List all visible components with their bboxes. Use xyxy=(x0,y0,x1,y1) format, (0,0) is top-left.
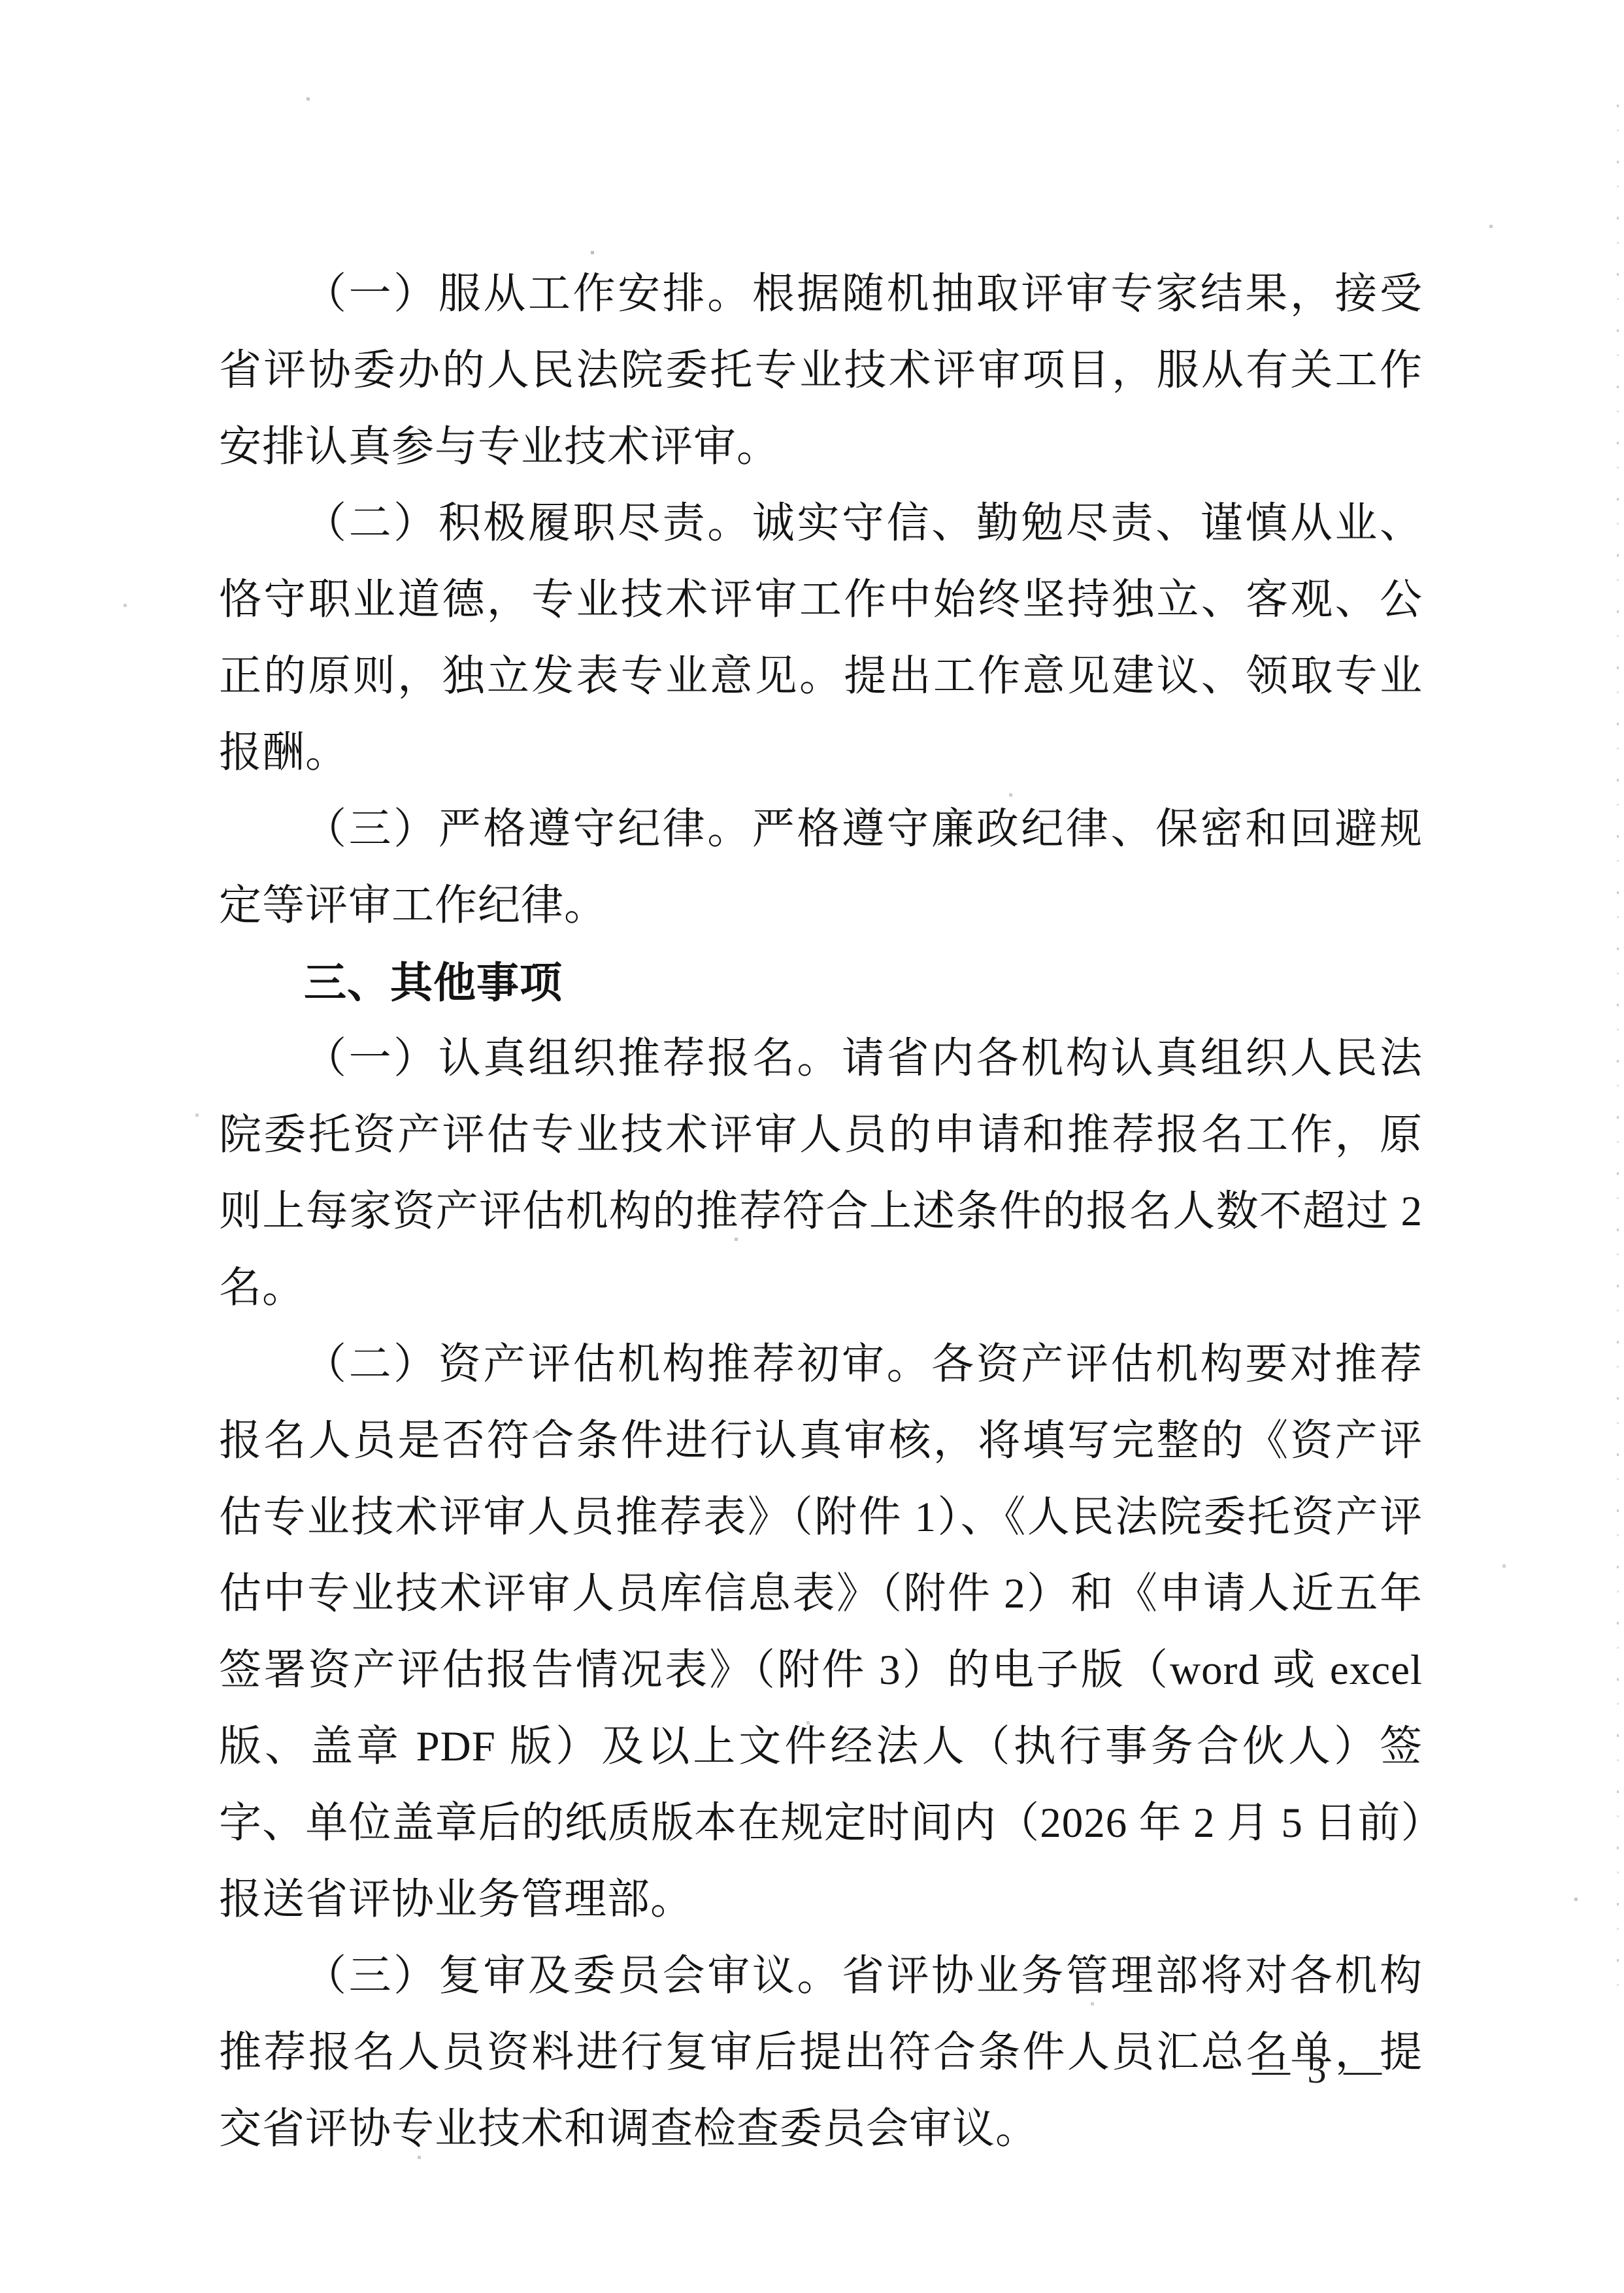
section-heading-other-matters: 三、其他事项 xyxy=(219,944,1423,1021)
scanned-document-page: （一）服从工作安排。根据随机抽取评审专家结果，接受省评协委办的人民法院委托专业技… xyxy=(0,0,1624,2293)
document-body: （一）服从工作安排。根据随机抽取评审专家结果，接受省评协委办的人民法院委托专业技… xyxy=(219,256,1423,2168)
paragraph-agency-preliminary-review: （二）资产评估机构推荐初审。各资产评估机构要对推荐报名人员是否符合条件进行认真审… xyxy=(219,1327,1423,1938)
paragraph-observe-discipline: （三）严格遵守纪律。严格遵守廉政纪律、保密和回避规定等评审工作纪律。 xyxy=(219,791,1423,944)
page-number: — 3 — xyxy=(1252,2044,1385,2096)
paragraph-perform-duties: （二）积极履职尽责。诚实守信、勤勉尽责、谨慎从业、恪守职业道德，专业技术评审工作… xyxy=(219,486,1423,791)
paragraph-obey-work-arrangement: （一）服从工作安排。根据随机抽取评审专家结果，接受省评协委办的人民法院委托专业技… xyxy=(219,256,1423,486)
scan-speckles xyxy=(0,0,2,2)
paragraph-review-and-committee-deliberation: （三）复审及委员会审议。省评协业务管理部将对各机构推荐报名人员资料进行复审后提出… xyxy=(219,1938,1423,2168)
paragraph-organize-recommendation: （一）认真组织推荐报名。请省内各机构认真组织人民法院委托资产评估专业技术评审人员… xyxy=(219,1021,1423,1327)
scan-edge-noise xyxy=(1617,105,1619,2000)
